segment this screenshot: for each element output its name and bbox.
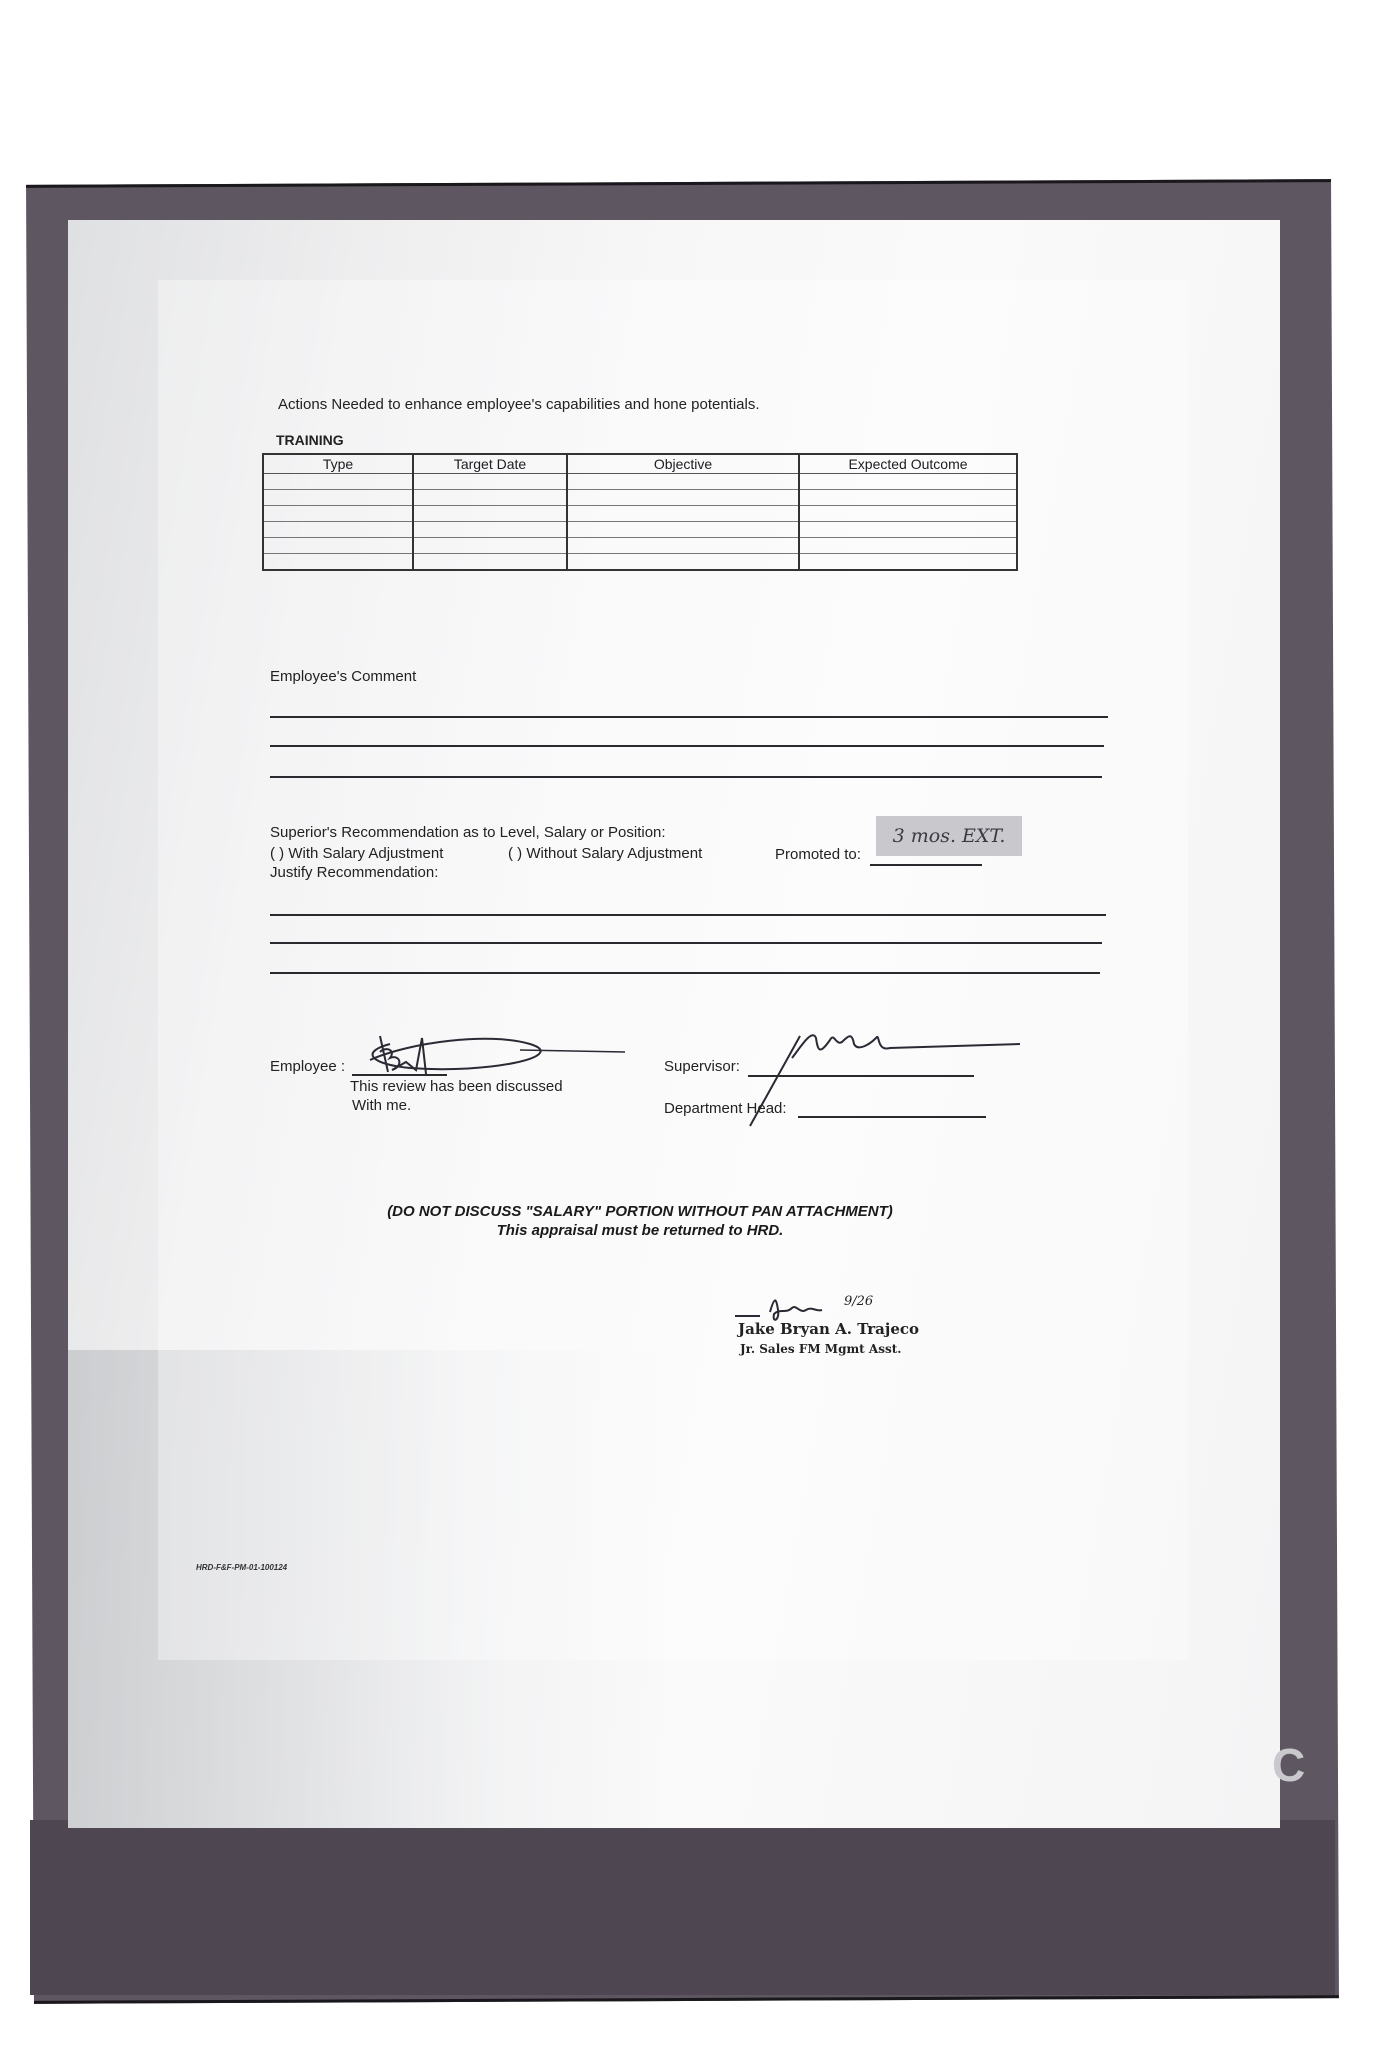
cell[interactable] xyxy=(799,490,1017,506)
cell[interactable] xyxy=(413,490,567,506)
return-notice: This appraisal must be returned to HRD. xyxy=(300,1222,980,1239)
col-target-date: Target Date xyxy=(413,454,567,474)
justify-line-2[interactable] xyxy=(270,942,1102,944)
cell[interactable] xyxy=(413,538,567,554)
recommendation-heading: Superior's Recommendation as to Level, S… xyxy=(270,824,666,841)
received-date: 9/26 xyxy=(844,1294,873,1309)
cell[interactable] xyxy=(263,506,413,522)
cell[interactable] xyxy=(567,490,799,506)
cell[interactable] xyxy=(799,554,1017,571)
cell[interactable] xyxy=(799,506,1017,522)
table-row xyxy=(263,522,1017,538)
cell[interactable] xyxy=(413,522,567,538)
cell[interactable] xyxy=(799,474,1017,490)
supervisor-signature xyxy=(730,1018,1030,1138)
salary-notice: (DO NOT DISCUSS "SALARY" PORTION WITHOUT… xyxy=(300,1203,980,1220)
table-row xyxy=(263,554,1017,571)
cell[interactable] xyxy=(567,506,799,522)
cell[interactable] xyxy=(567,554,799,571)
cell[interactable] xyxy=(799,538,1017,554)
review-discussed-note-1: This review has been discussed xyxy=(350,1078,563,1095)
cell[interactable] xyxy=(799,522,1017,538)
received-by-title: Jr. Sales FM Mgmt Asst. xyxy=(740,1342,901,1356)
cell[interactable] xyxy=(263,538,413,554)
supervisor-sign-label: Supervisor: xyxy=(664,1058,740,1075)
cell[interactable] xyxy=(413,474,567,490)
cell[interactable] xyxy=(263,554,413,571)
handwritten-note: 3 mos. EXT. xyxy=(876,816,1022,856)
table-row xyxy=(263,474,1017,490)
cell[interactable] xyxy=(263,522,413,538)
department-head-signature-line[interactable] xyxy=(798,1116,986,1118)
cell[interactable] xyxy=(413,554,567,571)
table-row xyxy=(263,538,1017,554)
promoted-to-field[interactable] xyxy=(870,864,982,866)
cell[interactable] xyxy=(567,474,799,490)
justify-recommendation-label: Justify Recommendation: xyxy=(270,864,438,881)
review-discussed-note-2: With me. xyxy=(352,1097,411,1114)
comment-line-1[interactable] xyxy=(270,716,1108,718)
justify-line-1[interactable] xyxy=(270,914,1106,916)
background-mark: C xyxy=(1272,1738,1305,1792)
with-salary-adjustment-option[interactable]: ( ) With Salary Adjustment xyxy=(270,845,443,862)
col-expected-outcome: Expected Outcome xyxy=(799,454,1017,474)
col-type: Type xyxy=(263,454,413,474)
promoted-to-label: Promoted to: xyxy=(775,846,861,863)
form-code: HRD-F&F-PM-01-100124 xyxy=(196,1563,287,1572)
cell[interactable] xyxy=(263,490,413,506)
table-row xyxy=(263,490,1017,506)
comment-line-3[interactable] xyxy=(270,776,1102,778)
table-row xyxy=(263,506,1017,522)
col-objective: Objective xyxy=(567,454,799,474)
justify-line-3[interactable] xyxy=(270,972,1100,974)
cell[interactable] xyxy=(413,506,567,522)
department-head-sign-label: Department Head: xyxy=(664,1100,787,1117)
cell[interactable] xyxy=(263,474,413,490)
training-table: Type Target Date Objective Expected Outc… xyxy=(262,453,1018,571)
comment-line-2[interactable] xyxy=(270,745,1104,747)
scan-dark-frame-bottom xyxy=(30,1820,1335,1995)
without-salary-adjustment-option[interactable]: ( ) Without Salary Adjustment xyxy=(508,845,702,862)
actions-intro: Actions Needed to enhance employee's cap… xyxy=(278,396,760,413)
training-title: TRAINING xyxy=(276,432,344,448)
cell[interactable] xyxy=(567,522,799,538)
cell[interactable] xyxy=(567,538,799,554)
received-by-name: Jake Bryan A. Trajeco xyxy=(738,1320,919,1338)
employee-comment-label: Employee's Comment xyxy=(270,668,416,685)
